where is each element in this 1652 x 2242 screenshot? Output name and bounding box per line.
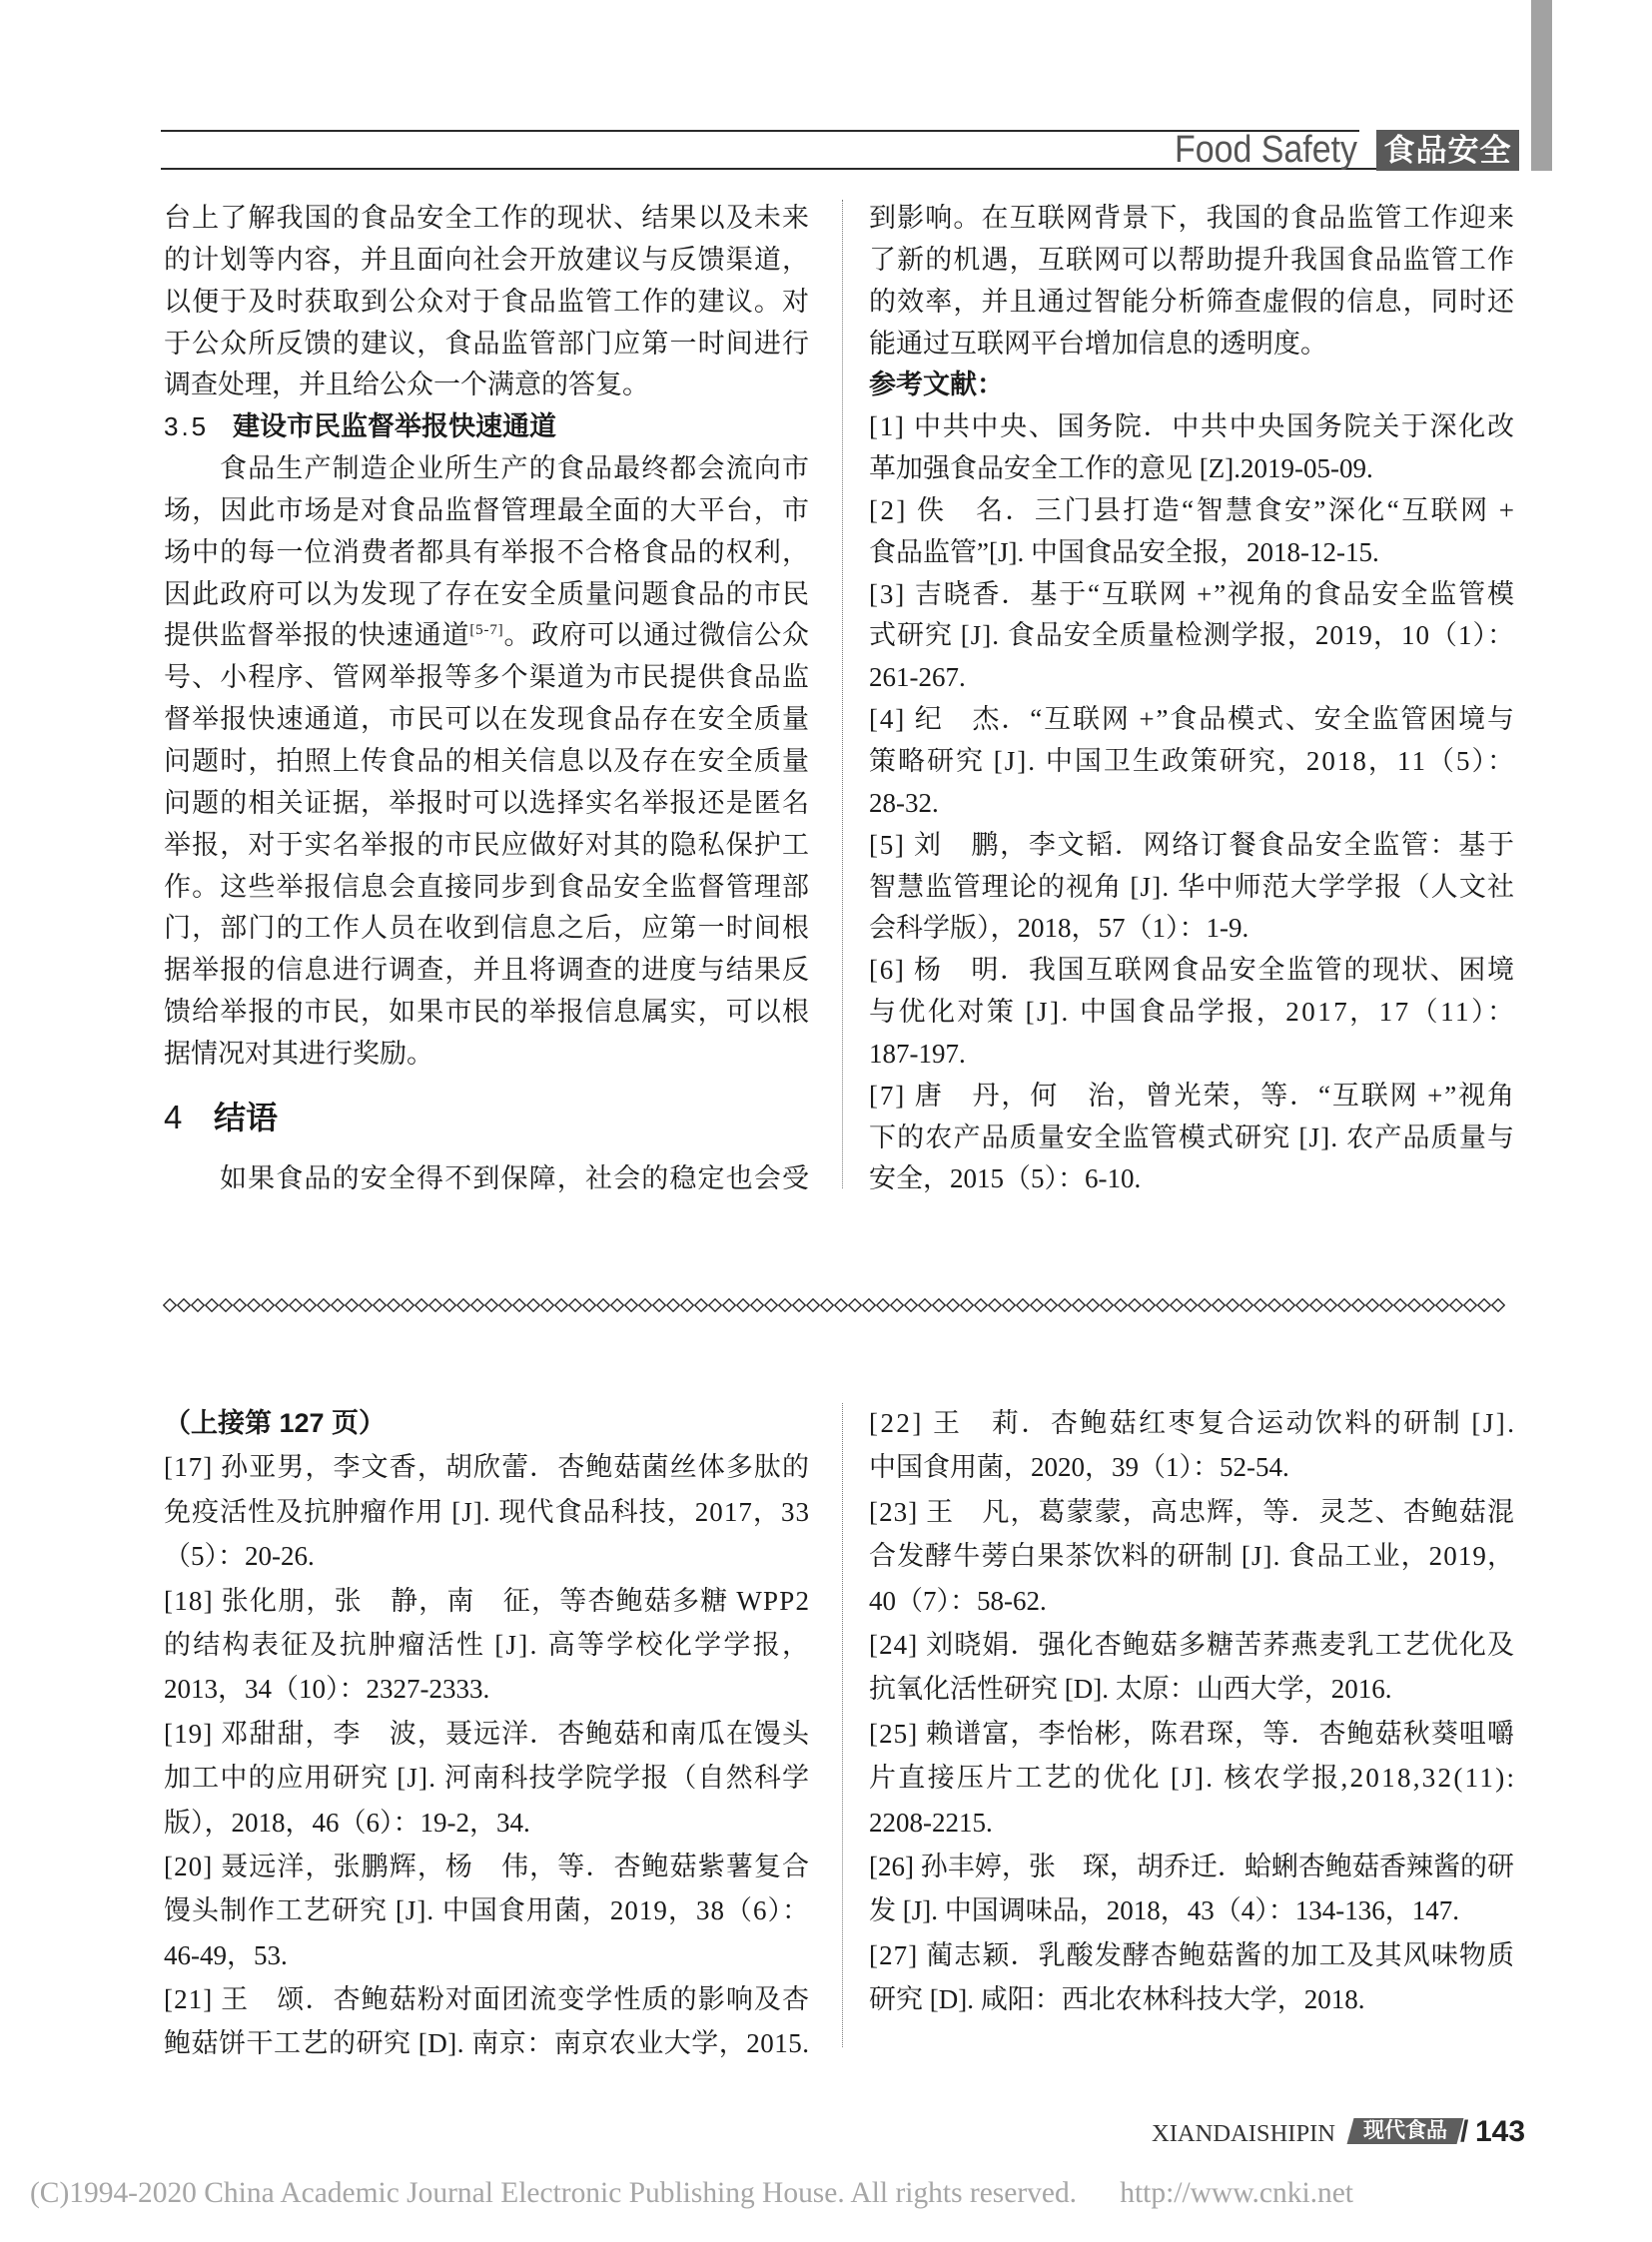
section-badge: 食品安全 — [1376, 130, 1519, 171]
body-line: 据情况对其进行奖励。 — [164, 1034, 809, 1076]
reference-line: 40（7）：58-62. — [869, 1579, 1514, 1623]
body-line: 于公众所反馈的建议，食品监管部门应第一时间进行 — [164, 324, 809, 366]
continuation-note: （上接第 127 页） — [164, 1401, 809, 1445]
reference-line: [27] 蔺志颖．乳酸发酵杏鲍菇酱的加工及其风味物质 — [869, 1933, 1514, 1977]
body-line: 据举报的信息进行调查，并且将调查的进度与结果反 — [164, 950, 809, 992]
journal-name-pinyin: XIANDAISHIPIN — [1152, 2120, 1335, 2148]
reference-line: [18] 张化朋，张 静，南 征，等杏鲍菇多糖 WPP2 — [164, 1579, 809, 1623]
reference-line: [23] 王 凡，葛蒙蒙，高忠辉，等．灵芝、杏鲍菇混 — [869, 1490, 1514, 1534]
body-line: 如果食品的安全得不到保障，社会的稳定也会受 — [164, 1158, 809, 1200]
article-column-left: 台上了解我国的食品安全工作的现状、结果以及未来 的计划等内容，并且面向社会开放建… — [164, 198, 809, 1200]
column-divider-bottom — [842, 1403, 843, 2047]
reference-line: 食品监管”[J]. 中国食品安全报，2018-12-15. — [869, 532, 1514, 574]
text-segment: 。政府可以通过微信公众 — [504, 620, 810, 650]
reference-line: 261-267. — [869, 657, 1514, 699]
reference-line: 187-197. — [869, 1034, 1514, 1076]
body-line: 场中的每一位消费者都具有举报不合格食品的权利， — [164, 532, 809, 574]
section-number: 3.5 — [164, 406, 233, 448]
body-line: 以便于及时获取到公众对于食品监管工作的建议。对 — [164, 282, 809, 324]
body-line: 到影响。在互联网背景下，我国的食品监管工作迎来 — [869, 198, 1514, 240]
body-line: 号、小程序、管网举报等多个渠道为市民提供食品监 — [164, 657, 809, 699]
reference-line: [26] 孙丰婷，张 琛，胡乔迁．蛤蜊杏鲍菇香辣酱的研 — [869, 1845, 1514, 1888]
reference-line: 的结构表征及抗肿瘤活性 [J]. 高等学校化学学报， — [164, 1623, 809, 1667]
reference-line: 研究 [D]. 咸阳：西北农林科技大学，2018. — [869, 1977, 1514, 2021]
body-line: 食品生产制造企业所生产的食品最终都会流向市 — [164, 448, 809, 490]
reference-line: 46-49，53. — [164, 1933, 809, 1977]
reference-line: 革加强食品安全工作的意见 [Z].2019-05-09. — [869, 448, 1514, 490]
body-line: 门，部门的工作人员在收到信息之后，应第一时间根 — [164, 908, 809, 950]
page-edge-tab — [1531, 0, 1552, 171]
reference-line: [6] 杨 明．我国互联网食品安全监管的现状、困境 — [869, 950, 1514, 992]
body-line: 问题的相关证据，举报时可以选择实名举报还是匿名 — [164, 783, 809, 825]
reference-line: 发 [J]. 中国调味品，2018，43（4）：134-136，147. — [869, 1888, 1514, 1932]
body-line: 因此政府可以为发现了存在安全质量问题食品的市民 — [164, 574, 809, 616]
copyright-text: (C)1994-2020 China Academic Journal Elec… — [30, 2176, 1077, 2209]
text-segment: 提供监督举报的快速通道 — [164, 620, 469, 650]
reference-line: 28-32. — [869, 783, 1514, 825]
reference-line: 抗氧化活性研究 [D]. 太原：山西大学，2016. — [869, 1667, 1514, 1711]
citation-marker: [5-7] — [469, 622, 503, 638]
copyright-watermark: (C)1994-2020 China Academic Journal Elec… — [30, 2175, 1353, 2211]
section-heading-4: 4结语 — [164, 1076, 809, 1159]
continued-references-left: （上接第 127 页） [17] 孙亚男，李文香，胡欣蕾．杏鲍菇菌丝体多肽的 免… — [164, 1401, 809, 2066]
body-line: 举报，对于实名举报的市民应做好对其的隐私保护工 — [164, 825, 809, 867]
reference-line: [21] 王 颂．杏鲍菇粉对面团流变学性质的影响及杏 — [164, 1977, 809, 2021]
journal-name-zh: 现代食品 — [1350, 2118, 1460, 2144]
reference-line: 与优化对策 [J]. 中国食品学报，2017，17（11）： — [869, 992, 1514, 1034]
reference-line: 安全，2015（5）：6-10. — [869, 1158, 1514, 1200]
body-line: 了新的机遇，互联网可以帮助提升我国食品监管工作 — [869, 240, 1514, 282]
reference-line: [3] 吉晓香．基于“互联网 +”视角的食品安全监管模 — [869, 574, 1514, 616]
reference-line: 会科学版），2018，57（1）：1-9. — [869, 908, 1514, 950]
section-heading-3-5: 3.5建设市民监督举报快速通道 — [164, 406, 809, 448]
diamond-divider — [163, 1298, 1505, 1312]
section-title: 结语 — [214, 1100, 278, 1135]
section-title-en: Food Safety — [1175, 130, 1357, 170]
body-line: 调查处理，并且给公众一个满意的答复。 — [164, 365, 809, 406]
continued-references-right: [22] 王 莉．杏鲍菇红枣复合运动饮料的研制 [J]. 中国食用菌，2020，… — [869, 1401, 1514, 2021]
body-line: 的效率，并且通过智能分析筛查虚假的信息，同时还 — [869, 282, 1514, 324]
reference-line: 版），2018，46（6）：19-2，34. — [164, 1801, 809, 1845]
references-heading: 参考文献： — [869, 365, 1514, 406]
reference-line: [5] 刘 鹏，李文韬．网络订餐食品安全监管：基于 — [869, 825, 1514, 867]
reference-line: 2013，34（10）：2327-2333. — [164, 1667, 809, 1711]
reference-line: [4] 纪 杰．“互联网 +”食品模式、安全监管困境与 — [869, 699, 1514, 741]
reference-line: 免疫活性及抗肿瘤作用 [J]. 现代食品科技，2017，33 — [164, 1490, 809, 1534]
reference-line: [25] 赖谱富，李怡彬，陈君琛，等．杏鲍菇秋葵咀嚼 — [869, 1712, 1514, 1756]
reference-line: 智慧监管理论的视角 [J]. 华中师范大学学报（人文社 — [869, 867, 1514, 909]
reference-line: [20] 聂远洋，张鹏辉，杨 伟，等．杏鲍菇紫薯复合 — [164, 1845, 809, 1888]
reference-line: （5）：20-26. — [164, 1534, 809, 1578]
body-line: 能通过互联网平台增加信息的透明度。 — [869, 324, 1514, 366]
body-line: 的计划等内容，并且面向社会开放建议与反馈渠道， — [164, 240, 809, 282]
reference-line: 中国食用菌，2020，39（1）：52-54. — [869, 1445, 1514, 1489]
body-line: 场，因此市场是对食品监督管理最全面的大平台，市 — [164, 490, 809, 532]
reference-line: [1] 中共中央、国务院．中共中央国务院关于深化改 — [869, 406, 1514, 448]
reference-line: [17] 孙亚男，李文香，胡欣蕾．杏鲍菇菌丝体多肽的 — [164, 1445, 809, 1489]
body-line: 问题时，拍照上传食品的相关信息以及存在安全质量 — [164, 741, 809, 783]
section-title-zh: 食品安全 — [1384, 133, 1512, 168]
body-line: 督举报快速通道，市民可以在发现食品存在安全质量 — [164, 699, 809, 741]
reference-line: [19] 邓甜甜，李 波，聂远洋．杏鲍菇和南瓜在馒头 — [164, 1712, 809, 1756]
body-line: 作。这些举报信息会直接同步到食品安全监督管理部 — [164, 867, 809, 909]
body-line: 台上了解我国的食品安全工作的现状、结果以及未来 — [164, 198, 809, 240]
reference-line: 下的农产品质量安全监管模式研究 [J]. 农产品质量与 — [869, 1118, 1514, 1159]
page-separator: / — [1460, 2116, 1468, 2148]
column-divider-top — [842, 200, 843, 1188]
section-number: 4 — [164, 1076, 214, 1159]
reference-line: 式研究 [J]. 食品安全质量检测学报，2019，10（1）： — [869, 615, 1514, 657]
website-link[interactable]: http://www.cnki.net — [1120, 2176, 1353, 2209]
reference-line: [22] 王 莉．杏鲍菇红枣复合运动饮料的研制 [J]. — [869, 1401, 1514, 1445]
reference-line: [2] 佚 名．三门县打造“智慧食安”深化“互联网 + — [869, 490, 1514, 532]
reference-line: 片直接压片工艺的优化 [J]. 核农学报,2018,32(11): — [869, 1756, 1514, 1800]
article-column-right: 到影响。在互联网背景下，我国的食品监管工作迎来 了新的机遇，互联网可以帮助提升我… — [869, 198, 1514, 1200]
body-line: 馈给举报的市民，如果市民的举报信息属实，可以根 — [164, 992, 809, 1034]
reference-line: 合发酵牛蒡白果茶饮料的研制 [J]. 食品工业，2019， — [869, 1534, 1514, 1578]
journal-badge: 现代食品 — [1347, 2118, 1464, 2144]
reference-line: 加工中的应用研究 [J]. 河南科技学院学报（自然科学 — [164, 1756, 809, 1800]
reference-line: [7] 唐 丹，何 治，曾光荣，等．“互联网 +”视角 — [869, 1076, 1514, 1118]
body-line-with-citation: 提供监督举报的快速通道[5-7]。政府可以通过微信公众 — [164, 615, 809, 657]
reference-line: 2208-2215. — [869, 1801, 1514, 1845]
reference-line: 策略研究 [J]. 中国卫生政策研究，2018，11（5）： — [869, 741, 1514, 783]
page-number: 143 — [1475, 2116, 1525, 2148]
reference-line: 馒头制作工艺研究 [J]. 中国食用菌，2019，38（6）： — [164, 1888, 809, 1932]
reference-line: 鲍菇饼干工艺的研究 [D]. 南京：南京农业大学，2015. — [164, 2021, 809, 2065]
section-title: 建设市民监督举报快速通道 — [233, 411, 556, 441]
reference-line: [24] 刘晓娟．强化杏鲍菇多糖苦荞燕麦乳工艺优化及 — [869, 1623, 1514, 1667]
